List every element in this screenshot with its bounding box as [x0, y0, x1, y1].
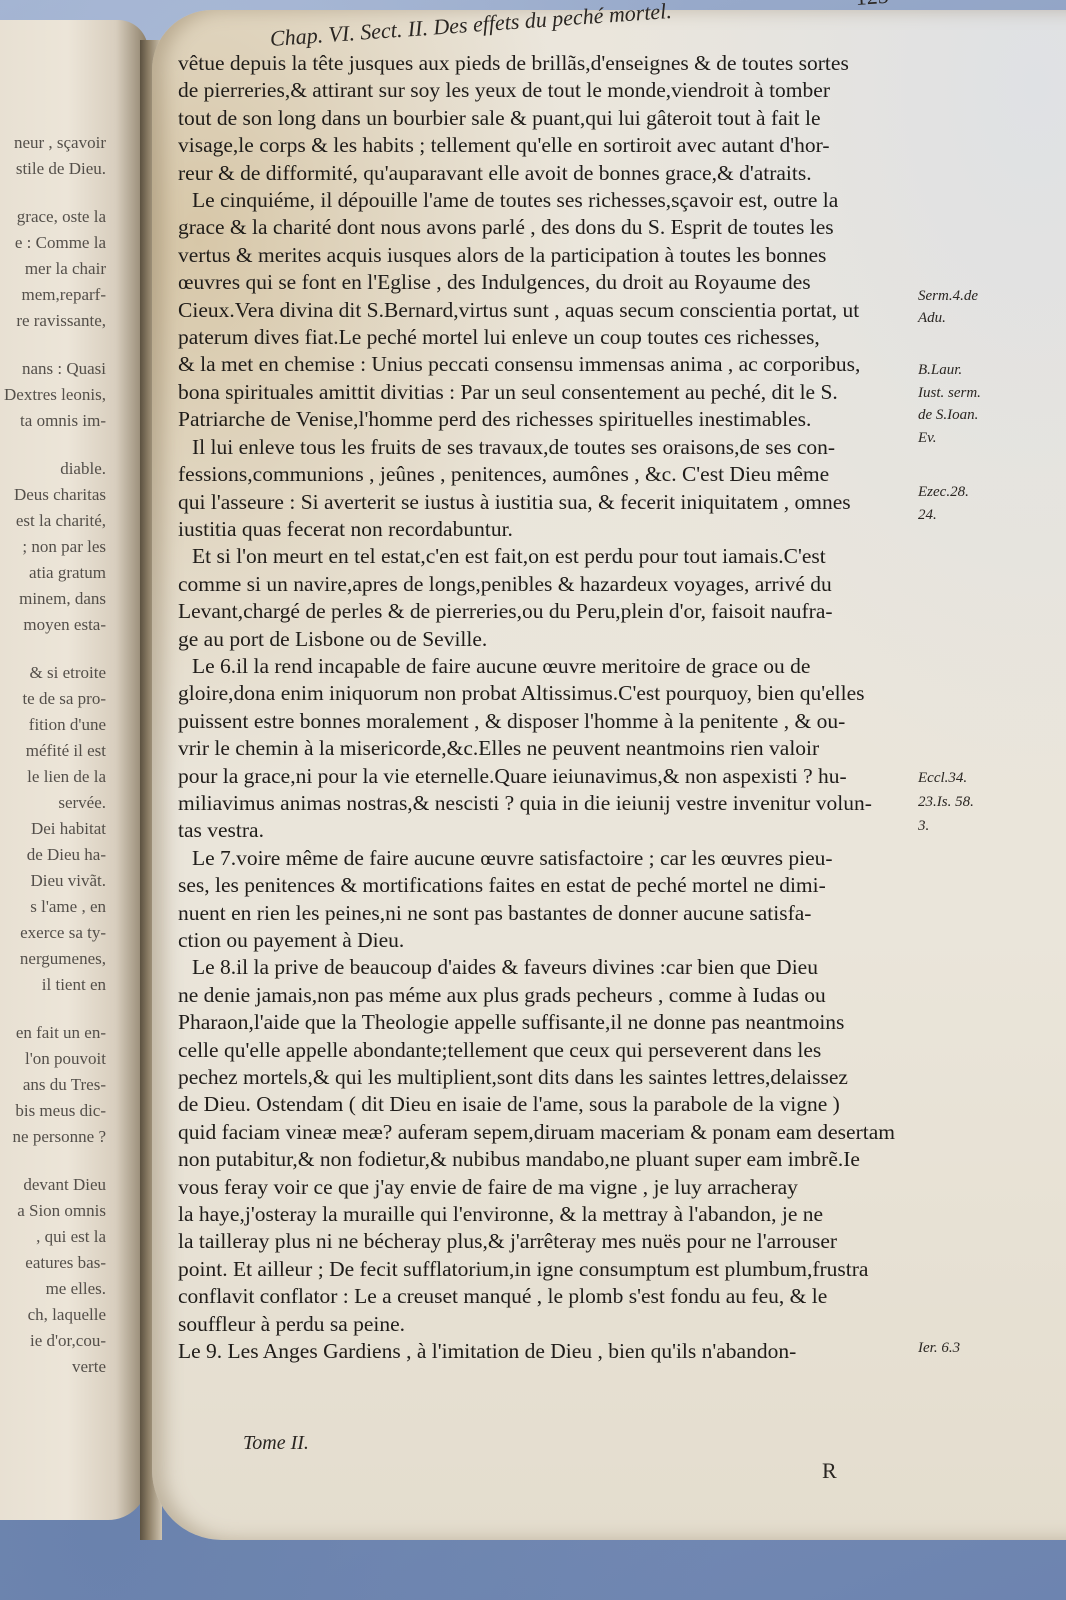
left-page-line: nans : Quasi [0, 356, 130, 382]
text-line: puissent estre bonnes moralement , & dis… [178, 708, 918, 735]
text-line: pechez mortels,& qui les multiplient,son… [178, 1064, 918, 1091]
text-line: reur & de difformité, qu'auparavant elle… [178, 160, 918, 187]
left-page-line [0, 638, 130, 660]
left-page-line: atia gratum [0, 560, 130, 586]
left-page-line: mer la chair [0, 256, 130, 282]
left-page-line: re ravissante, [0, 308, 130, 334]
left-page-line: neur , sçavoir [0, 130, 130, 156]
body-text: vêtue depuis la tête jusques aux pieds d… [178, 50, 918, 1366]
text-line: iustitia quas fecerat non recordabuntur. [178, 516, 918, 543]
margin-note: 3. [918, 816, 929, 836]
left-page-line: & si etroite [0, 660, 130, 686]
text-line: bona spirituales amittit divitias : Par … [178, 379, 918, 406]
signature-mark: R [822, 1458, 837, 1484]
text-line: nuent en rien les peines,ni ne sont pas … [178, 900, 918, 927]
left-page-line [0, 182, 130, 204]
left-page-line: verte [0, 1354, 130, 1380]
left-page-line: diable. [0, 456, 130, 482]
left-page-line: devant Dieu [0, 1172, 130, 1198]
left-page-line: moyen esta- [0, 612, 130, 638]
text-line: vertus & merites acquis iusques alors de… [178, 242, 918, 269]
left-page: neur , sçavoirstile de Dieu.grace, oste … [0, 20, 148, 1520]
left-page-line: , qui est la [0, 1224, 130, 1250]
left-page-line: Dieu vivãt. [0, 868, 130, 894]
left-page-line: ie d'or,cou- [0, 1328, 130, 1354]
text-line: non putabitur,& non fodietur,& nubibus m… [178, 1146, 918, 1173]
left-page-line: stile de Dieu. [0, 156, 130, 182]
left-page-line: l'on pouvoit [0, 1046, 130, 1072]
left-page-line: s l'ame , en [0, 894, 130, 920]
left-page-line: eatures bas- [0, 1250, 130, 1276]
margin-note: de S.Ioan. [918, 405, 978, 425]
text-line: vêtue depuis la tête jusques aux pieds d… [178, 50, 918, 77]
margin-note: Ier. 6.3 [918, 1338, 960, 1358]
left-page-line: est la charité, [0, 508, 130, 534]
left-page-line: méfité il est [0, 738, 130, 764]
margin-note: Eccl.34. [918, 768, 967, 788]
text-line: Le 7.voire même de faire aucune œuvre sa… [178, 845, 918, 872]
left-page-line: minem, dans [0, 586, 130, 612]
text-line: Le cinquiéme, il dépouille l'ame de tout… [178, 187, 918, 214]
left-page-line: il tient en [0, 972, 130, 998]
text-line: Il lui enleve tous les fruits de ses tra… [178, 434, 918, 461]
signature-line: Tome II. [243, 1432, 309, 1455]
left-page-line: grace, oste la [0, 204, 130, 230]
text-line: Le 9. Les Anges Gardiens , à l'imitation… [178, 1338, 918, 1365]
text-line: tout de son long dans un bourbier sale &… [178, 105, 918, 132]
text-line: de pierreries,& attirant sur soy les yeu… [178, 77, 918, 104]
left-page-line: exerce sa ty- [0, 920, 130, 946]
text-line: Levant,chargé de perles & de pierreries,… [178, 598, 918, 625]
text-line: gloire,dona enim iniquorum non probat Al… [178, 680, 918, 707]
left-page-line: Dei habitat [0, 816, 130, 842]
left-page-line [0, 998, 130, 1020]
text-line: tas vestra. [178, 817, 918, 844]
left-page-text: neur , sçavoirstile de Dieu.grace, oste … [0, 130, 130, 1380]
left-page-line: fition d'une [0, 712, 130, 738]
left-page-line: a Sion omnis [0, 1198, 130, 1224]
text-line: vrir le chemin à la misericorde,&c.Elles… [178, 735, 918, 762]
text-line: Pharaon,l'aide que la Theologie appelle … [178, 1009, 918, 1036]
text-line: celle qu'elle appelle abondante;tellemen… [178, 1037, 918, 1064]
left-page-line: Deus charitas [0, 482, 130, 508]
left-page-line: te de sa pro- [0, 686, 130, 712]
left-page-line: ans du Tres- [0, 1072, 130, 1098]
left-page-line: Dextres leonis, [0, 382, 130, 408]
text-line: fessions,communions , jeûnes , penitence… [178, 461, 918, 488]
margin-note: 23.Is. 58. [918, 792, 974, 812]
left-page-line: ; non par les [0, 534, 130, 560]
text-line: ne denie jamais,non pas méme aux plus gr… [178, 982, 918, 1009]
text-line: comme si un navire,apres de longs,penibl… [178, 571, 918, 598]
left-page-line [0, 1150, 130, 1172]
text-line: la tailleray plus ni ne bécheray plus,& … [178, 1228, 918, 1255]
text-line: Cieux.Vera divina dit S.Bernard,virtus s… [178, 297, 918, 324]
text-line: ge au port de Lisbone ou de Seville. [178, 626, 918, 653]
left-page-line: servée. [0, 790, 130, 816]
left-page-line: de Dieu ha- [0, 842, 130, 868]
left-page-line: e : Comme la [0, 230, 130, 256]
text-line: de Dieu. Ostendam ( dit Dieu en isaie de… [178, 1091, 918, 1118]
text-line: quid faciam vineæ meæ? auferam sepem,dir… [178, 1119, 918, 1146]
text-line: pour la grace,ni pour la vie eternelle.Q… [178, 763, 918, 790]
text-line: Le 6.il la rend incapable de faire aucun… [178, 653, 918, 680]
margin-note: Adu. [918, 308, 946, 328]
left-page-line: me elles. [0, 1276, 130, 1302]
margin-note: 24. [918, 505, 937, 525]
margin-note: Ev. [918, 428, 936, 448]
margin-note: Iust. serm. [918, 383, 981, 403]
left-page-line: bis meus dic- [0, 1098, 130, 1124]
text-line: visage,le corps & les habits ; tellement… [178, 132, 918, 159]
text-line: ses, les penitences & mortifications fai… [178, 872, 918, 899]
margin-note: Ezec.28. [918, 482, 969, 502]
text-line: grace & la charité dont nous avons parlé… [178, 214, 918, 241]
text-line: & la met en chemise : Unius peccati cons… [178, 351, 918, 378]
text-line: souffleur à perdu sa peine. [178, 1311, 918, 1338]
left-page-line [0, 334, 130, 356]
text-line: qui l'asseure : Si averterit se iustus à… [178, 489, 918, 516]
left-page-line: le lien de la [0, 764, 130, 790]
left-page-line: nergumenes, [0, 946, 130, 972]
text-line: miliavimus animas nostras,& nescisti ? q… [178, 790, 918, 817]
left-page-line: ne personne ? [0, 1124, 130, 1150]
text-line: œuvres qui se font en l'Eglise , des Ind… [178, 269, 918, 296]
text-line: Le 8.il la prive de beaucoup d'aides & f… [178, 954, 918, 981]
left-page-line: mem,reparf- [0, 282, 130, 308]
text-line: vous feray voir ce que j'ay envie de fai… [178, 1174, 918, 1201]
left-page-line: ta omnis im- [0, 408, 130, 434]
text-line: la haye,j'osteray la muraille qui l'envi… [178, 1201, 918, 1228]
text-line: Patriarche de Venise,l'homme perd des ri… [178, 406, 918, 433]
margin-note: Serm.4.de [918, 286, 978, 306]
text-line: paterum dives fiat.Le peché mortel lui e… [178, 324, 918, 351]
text-line: conflavit conflator : Le a creuset manqu… [178, 1283, 918, 1310]
margin-note: B.Laur. [918, 360, 962, 380]
left-page-line: en fait un en- [0, 1020, 130, 1046]
text-line: ction ou payement à Dieu. [178, 927, 918, 954]
left-page-line: ch, laquelle [0, 1302, 130, 1328]
text-line: point. Et ailleur ; De fecit sufflatoriu… [178, 1256, 918, 1283]
text-line: Et si l'on meurt en tel estat,c'en est f… [178, 543, 918, 570]
left-page-line [0, 434, 130, 456]
